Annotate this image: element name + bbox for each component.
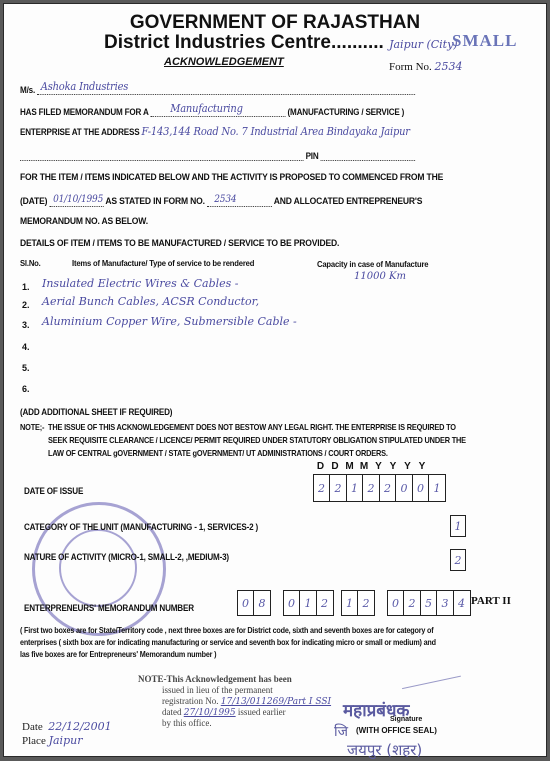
date-of-issue-label: DATE OF ISSUE <box>24 486 83 496</box>
pin-row: PIN <box>20 148 415 161</box>
memo-digit-box: 2 <box>403 590 421 616</box>
date-digit-box: 1 <box>346 474 364 502</box>
office-title-text: District Industries Centre.......... <box>104 32 384 53</box>
date-digit-box: 2 <box>362 474 380 502</box>
category-box: 1 <box>450 515 466 537</box>
acknowledgement-document: GOVERNMENT OF RAJASTHAN District Industr… <box>3 3 547 757</box>
small-stamp: SMALL <box>452 31 517 51</box>
memo-digit-box: 1 <box>341 590 359 616</box>
date-digit-box: 0 <box>412 474 430 502</box>
part-label: PART II <box>471 595 511 607</box>
reg-dated-suffix: issued earlier <box>238 707 286 717</box>
memo-digit-box: 0 <box>387 590 405 616</box>
reg-note-line-1: NOTE-This Acknowledgement has been <box>138 674 292 684</box>
note-line-2: SEEK REQUISITE CLEARANCE / LICENCE/ PERM… <box>48 436 466 445</box>
activity-line-1: FOR THE ITEM / ITEMS INDICATED BELOW AND… <box>20 172 443 183</box>
date-format-header: Y <box>414 461 430 472</box>
memo-digit-box: 2 <box>316 590 334 616</box>
ms-row: M/s. Ashoka Industries <box>20 82 415 95</box>
form-no-label: Form No. <box>389 61 432 73</box>
reg-note-line-5: by this office. <box>162 718 212 728</box>
alloc-label: AND ALLOCATED ENTREPRENEUR'S <box>274 196 423 207</box>
memo-number-group: 08 <box>238 590 271 616</box>
activity-line-2: (DATE) 01/10/1995 AS STATED IN FORM NO. … <box>20 194 422 207</box>
note-label: NOTE;- <box>20 423 44 432</box>
nature-box: 2 <box>450 549 466 571</box>
office-seal-label: (WITH OFFICE SEAL) <box>356 726 437 735</box>
ms-label: M/s. <box>20 85 35 95</box>
memo-number-group: 12 <box>342 590 375 616</box>
pin-label: PIN <box>306 151 319 161</box>
footer-date-value: 22/12/2001 <box>48 720 111 733</box>
footnote-line-1: ( First two boxes are for State/Territor… <box>20 626 433 635</box>
item-row-number: 1. <box>22 282 30 292</box>
note-line-3: LAW OF CENTRAL gOVERNMENT / STATE gOVERN… <box>48 449 388 458</box>
ms-value: Ashoka Industries <box>41 80 128 93</box>
memo-digit-box: 2 <box>357 590 375 616</box>
memo-digit-box: 4 <box>453 590 471 616</box>
memo-digit-box: 3 <box>436 590 454 616</box>
memo-digit-box: 0 <box>237 590 255 616</box>
reg-note-line-4: dated 27/10/1995 issued earlier <box>162 707 286 718</box>
address-value: F-143,144 Road No. 7 Industrial Area Bin… <box>142 125 410 138</box>
additional-sheet-note: (ADD ADDITIONAL SHEET IF REQUIRED) <box>20 407 172 417</box>
items-heading: DETAILS OF ITEM / ITEMS TO BE MANUFACTUR… <box>20 238 339 249</box>
reg-note-text-1: NOTE-This Acknowledgement has been <box>138 674 292 684</box>
item-row-number: 5. <box>22 363 30 373</box>
footer-place-value: Jaipur <box>49 734 83 747</box>
reg-dated-label: dated <box>162 707 182 717</box>
form-no-value: 2534 <box>435 60 463 73</box>
reg-no-value: 17/13/011269/Part I SSI <box>221 697 331 707</box>
activity-form-value: 2534 <box>214 194 236 205</box>
item-row-number: 4. <box>22 342 30 352</box>
stamp-hindi-city: जयपुर (शहर) <box>347 740 422 760</box>
activity-line-3: MEMORANDUM NO. AS BELOW. <box>20 216 148 227</box>
stamp-hindi-office: जि <box>334 722 348 741</box>
item-row-number: 3. <box>22 320 30 330</box>
memo-digit-box: 1 <box>299 590 317 616</box>
office-city: Jaipur (City) <box>389 38 458 51</box>
item-row-text: Insulated Electric Wires & Cables - <box>42 277 239 290</box>
commence-date-label: (DATE) <box>20 196 47 207</box>
memo-number-group: 012 <box>284 590 334 616</box>
address-label: ENTERPRISE AT THE ADDRESS <box>20 127 139 137</box>
office-title: District Industries Centre.......... Jai… <box>104 32 458 54</box>
memo-digit-box: 5 <box>420 590 438 616</box>
date-format-headers: DDMMYYYY <box>314 461 430 472</box>
date-digit-box: 2 <box>329 474 347 502</box>
activity-form-label: AS STATED IN FORM NO. <box>105 196 204 207</box>
item-row-text: Aluminium Copper Wire, Submersible Cable… <box>42 315 297 328</box>
col-slno: Sl.No. <box>20 258 41 268</box>
form-number: Form No. 2534 <box>389 60 463 73</box>
memo-label: HAS FILED MEMORANDUM FOR A <box>20 107 148 117</box>
memo-row: HAS FILED MEMORANDUM FOR A Manufacturing… <box>20 104 404 117</box>
nature-label: NATURE OF ACTIVITY (MICRO-1, SMALL-2, ,M… <box>24 552 229 562</box>
date-of-issue-boxes: 22122001 <box>314 474 446 502</box>
commence-date-value: 01/10/1995 <box>53 194 103 205</box>
memo-digit-box: 8 <box>253 590 271 616</box>
col-items: Items of Manufacture/ Type of service to… <box>72 258 254 268</box>
doc-title: ACKNOWLEDGEMENT <box>164 56 284 68</box>
col-capacity: Capacity in case of Manufacture <box>317 259 428 269</box>
item-row-text: Aerial Bunch Cables, ACSR Conductor, <box>42 295 259 308</box>
memo-suffix: (MANUFACTURING / SERVICE ) <box>288 107 405 117</box>
capacity-value: 11000 Km <box>354 271 406 282</box>
reg-note-line-3: registration No. 17/13/011269/Part I SSI <box>162 696 331 707</box>
memo-digit-box: 0 <box>283 590 301 616</box>
date-digit-box: 2 <box>379 474 397 502</box>
reg-no-label: registration No. <box>162 696 219 706</box>
reg-dated-value: 27/10/1995 <box>184 708 236 718</box>
signature-label: Signature <box>390 716 422 723</box>
memo-value: Manufacturing <box>170 102 243 115</box>
footnote-line-2: enterprises ( sixth box are for indicati… <box>20 638 436 647</box>
footer-date-label: Date <box>22 721 43 733</box>
item-row-number: 2. <box>22 300 30 310</box>
address-row: ENTERPRISE AT THE ADDRESS F-143,144 Road… <box>20 125 410 138</box>
footer-place: Place Jaipur <box>22 734 82 747</box>
category-label: CATEGORY OF THE UNIT (MANUFACTURING - 1,… <box>24 522 258 532</box>
date-digit-box: 2 <box>313 474 331 502</box>
footer-date: Date 22/12/2001 <box>22 720 112 733</box>
date-digit-box: 0 <box>395 474 413 502</box>
memo-number-group: 02534 <box>388 590 471 616</box>
reg-note-line-2: issued in lieu of the permanent <box>162 685 273 695</box>
footnote-line-3: las five boxes are for Entrepreneurs' Me… <box>20 650 216 659</box>
footer-place-label: Place <box>22 735 46 747</box>
item-row-number: 6. <box>22 384 30 394</box>
date-digit-box: 1 <box>428 474 446 502</box>
signature-scribble <box>399 662 461 689</box>
memo-number-label: ENTERPRENEURS' MEMORANDUM NUMBER <box>24 603 194 613</box>
note-line-1: THE ISSUE OF THIS ACKNOWLEDGEMENT DOES N… <box>48 423 456 432</box>
